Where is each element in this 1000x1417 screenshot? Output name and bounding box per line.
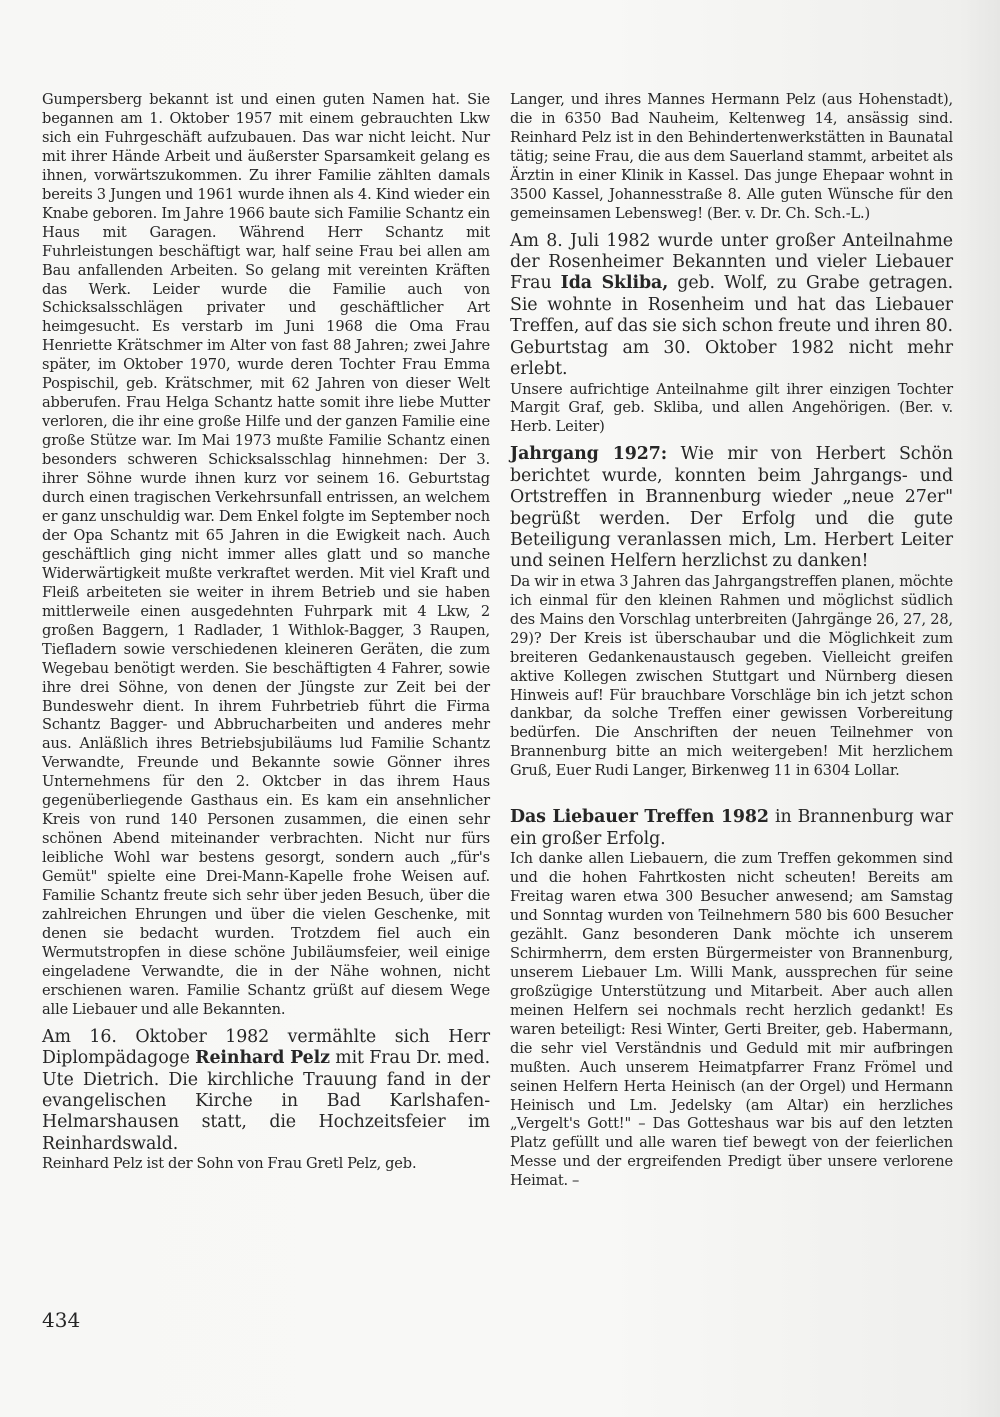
jahrgang-1927-label: Jahrgang 1927: — [510, 444, 667, 464]
jahrgang-1927-heading-paragraph: Jahrgang 1927: Wie mir von Herbert Schön… — [510, 444, 953, 572]
wedding-announcement: Am 16. Oktober 1982 vermählte sich Herr … — [42, 1027, 490, 1155]
deceased-name: Ida Skliba, — [561, 273, 669, 293]
right-column: Langer, und ihres Mannes Hermann Pelz (a… — [510, 91, 953, 1191]
condolence-paragraph: Unsere aufrichtige Anteilnahme gilt ihre… — [510, 381, 953, 438]
liebauer-treffen-body: Ich danke allen Liebauern, die zum Treff… — [510, 850, 953, 1191]
left-column: Gumpersberg bekannt ist und einen guten … — [42, 91, 490, 1174]
schantz-article-paragraph: Gumpersberg bekannt ist und einen guten … — [42, 91, 490, 1020]
groom-name: Reinhard Pelz — [195, 1048, 330, 1068]
document-page: Gumpersberg bekannt ist und einen guten … — [0, 0, 1000, 1417]
liebauer-treffen-heading: Das Liebauer Treffen 1982 in Brannenburg… — [510, 807, 953, 850]
wedding-continuation-paragraph: Langer, und ihres Mannes Hermann Pelz (a… — [510, 91, 953, 224]
page-number: 434 — [42, 1308, 80, 1332]
funeral-announcement: Am 8. Juli 1982 wurde unter großer Antei… — [510, 231, 953, 381]
liebauer-treffen-title: Das Liebauer Treffen 1982 — [510, 807, 769, 827]
jahrgang-1927-body: Da wir in etwa 3 Jahren das Jahrgangstre… — [510, 573, 953, 781]
groom-parents-paragraph: Reinhard Pelz ist der Sohn von Frau Gret… — [42, 1155, 490, 1174]
